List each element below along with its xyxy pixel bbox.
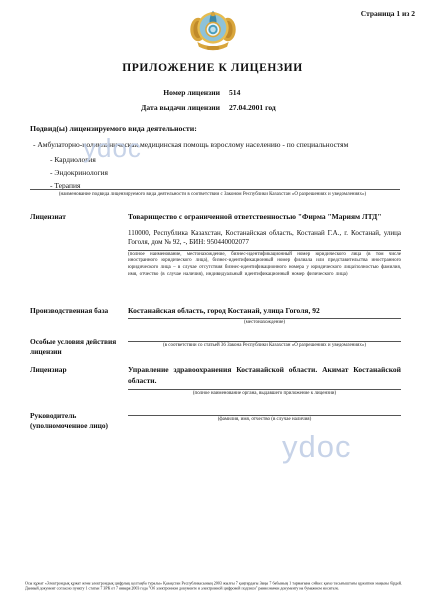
licensee-value: Товарищество с ограниченной ответственно… — [128, 212, 401, 279]
license-number-value: 514 — [229, 88, 240, 97]
licensee-row: Лицензиат Товарищество с ограниченной от… — [30, 212, 401, 279]
license-number-row: Номер лицензии 514 — [30, 88, 395, 97]
document-title: ПРИЛОЖЕНИЕ К ЛИЦЕНЗИИ — [0, 62, 425, 74]
licensor-row: Лицензиар Управление здравоохранения Кос… — [30, 365, 401, 398]
licensee-name: Товарищество с ограниченной ответственно… — [128, 212, 401, 223]
special-conditions-divider — [128, 341, 401, 342]
production-base-row: Производственная база Костанайская облас… — [30, 306, 401, 326]
production-base-label: Производственная база — [30, 306, 128, 326]
head-person-row: Руководитель (уполномоченное лицо) (фами… — [30, 411, 401, 430]
subtypes-list: - Кардиология - Эндокринология - Терапия — [50, 153, 390, 192]
license-date-value: 27.04.2001 год — [229, 103, 276, 112]
subtypes-heading: Подвид(ы) лицензируемого вида деятельнос… — [30, 124, 197, 133]
subtype-main-item: - Амбулаторно-поликлиническая медицинска… — [33, 140, 405, 149]
special-conditions-row: Особые условия действия лицензии (в соот… — [30, 337, 401, 356]
head-person-divider — [128, 415, 401, 416]
subtype-item-therapy: - Терапия — [50, 179, 390, 192]
licensor-value: Управление здравоохранения Костанайской … — [128, 365, 401, 386]
subtype-item-cardiology: - Кардиология — [50, 153, 390, 166]
watermark-ydoc-2: ydoc — [282, 429, 351, 465]
special-conditions-note: (в соответствии со статьей 36 Закона Рес… — [128, 343, 401, 350]
licensee-note: (полное наименование, местонахождение, б… — [128, 252, 401, 279]
production-base-note: (местонахождение) — [128, 320, 401, 327]
licensee-divider — [128, 250, 401, 251]
subtypes-divider — [30, 189, 400, 190]
licensor-value-wrap: Управление здравоохранения Костанайской … — [128, 365, 401, 398]
production-base-value-wrap: Костанайская область, город Костанай, ул… — [128, 306, 401, 326]
head-person-value-wrap: (фамилия, имя, отчество (в случае наличи… — [128, 411, 401, 430]
head-person-label: Руководитель (уполномоченное лицо) — [30, 411, 128, 430]
subtypes-note: (наименование подвида лицензируемого вид… — [35, 192, 390, 198]
kazakhstan-emblem-icon — [189, 6, 236, 53]
document-page: Страница 1 из 2 ПРИЛОЖЕНИЕ К ЛИЦЕНЗИИ Но… — [0, 0, 425, 600]
licensor-label: Лицензиар — [30, 365, 128, 398]
license-date-row: Дата выдачи лицензии 27.04.2001 год — [30, 103, 395, 112]
license-date-label: Дата выдачи лицензии — [30, 103, 220, 112]
licensor-note: (полное наименование органа, выдавшего п… — [128, 391, 401, 398]
legal-footer: Осы құжат «Электрондық құжат және электр… — [25, 581, 402, 591]
license-number-label: Номер лицензии — [30, 88, 220, 97]
emblem-svg — [189, 6, 236, 53]
production-base-divider — [128, 318, 401, 319]
special-conditions-label: Особые условия действия лицензии — [30, 337, 128, 356]
head-person-note: (фамилия, имя, отчество (в случае наличи… — [128, 417, 401, 424]
page-indicator: Страница 1 из 2 — [361, 9, 415, 18]
subtype-item-endocrinology: - Эндокринология — [50, 166, 390, 179]
special-conditions-value-wrap: (в соответствии со статьей 36 Закона Рес… — [128, 337, 401, 356]
licensee-label: Лицензиат — [30, 212, 128, 279]
production-base-value: Костанайская область, город Костанай, ул… — [128, 306, 401, 317]
licensor-divider — [128, 389, 401, 390]
licensee-address: 110000, Республика Казахстан, Костанайск… — [128, 229, 401, 247]
